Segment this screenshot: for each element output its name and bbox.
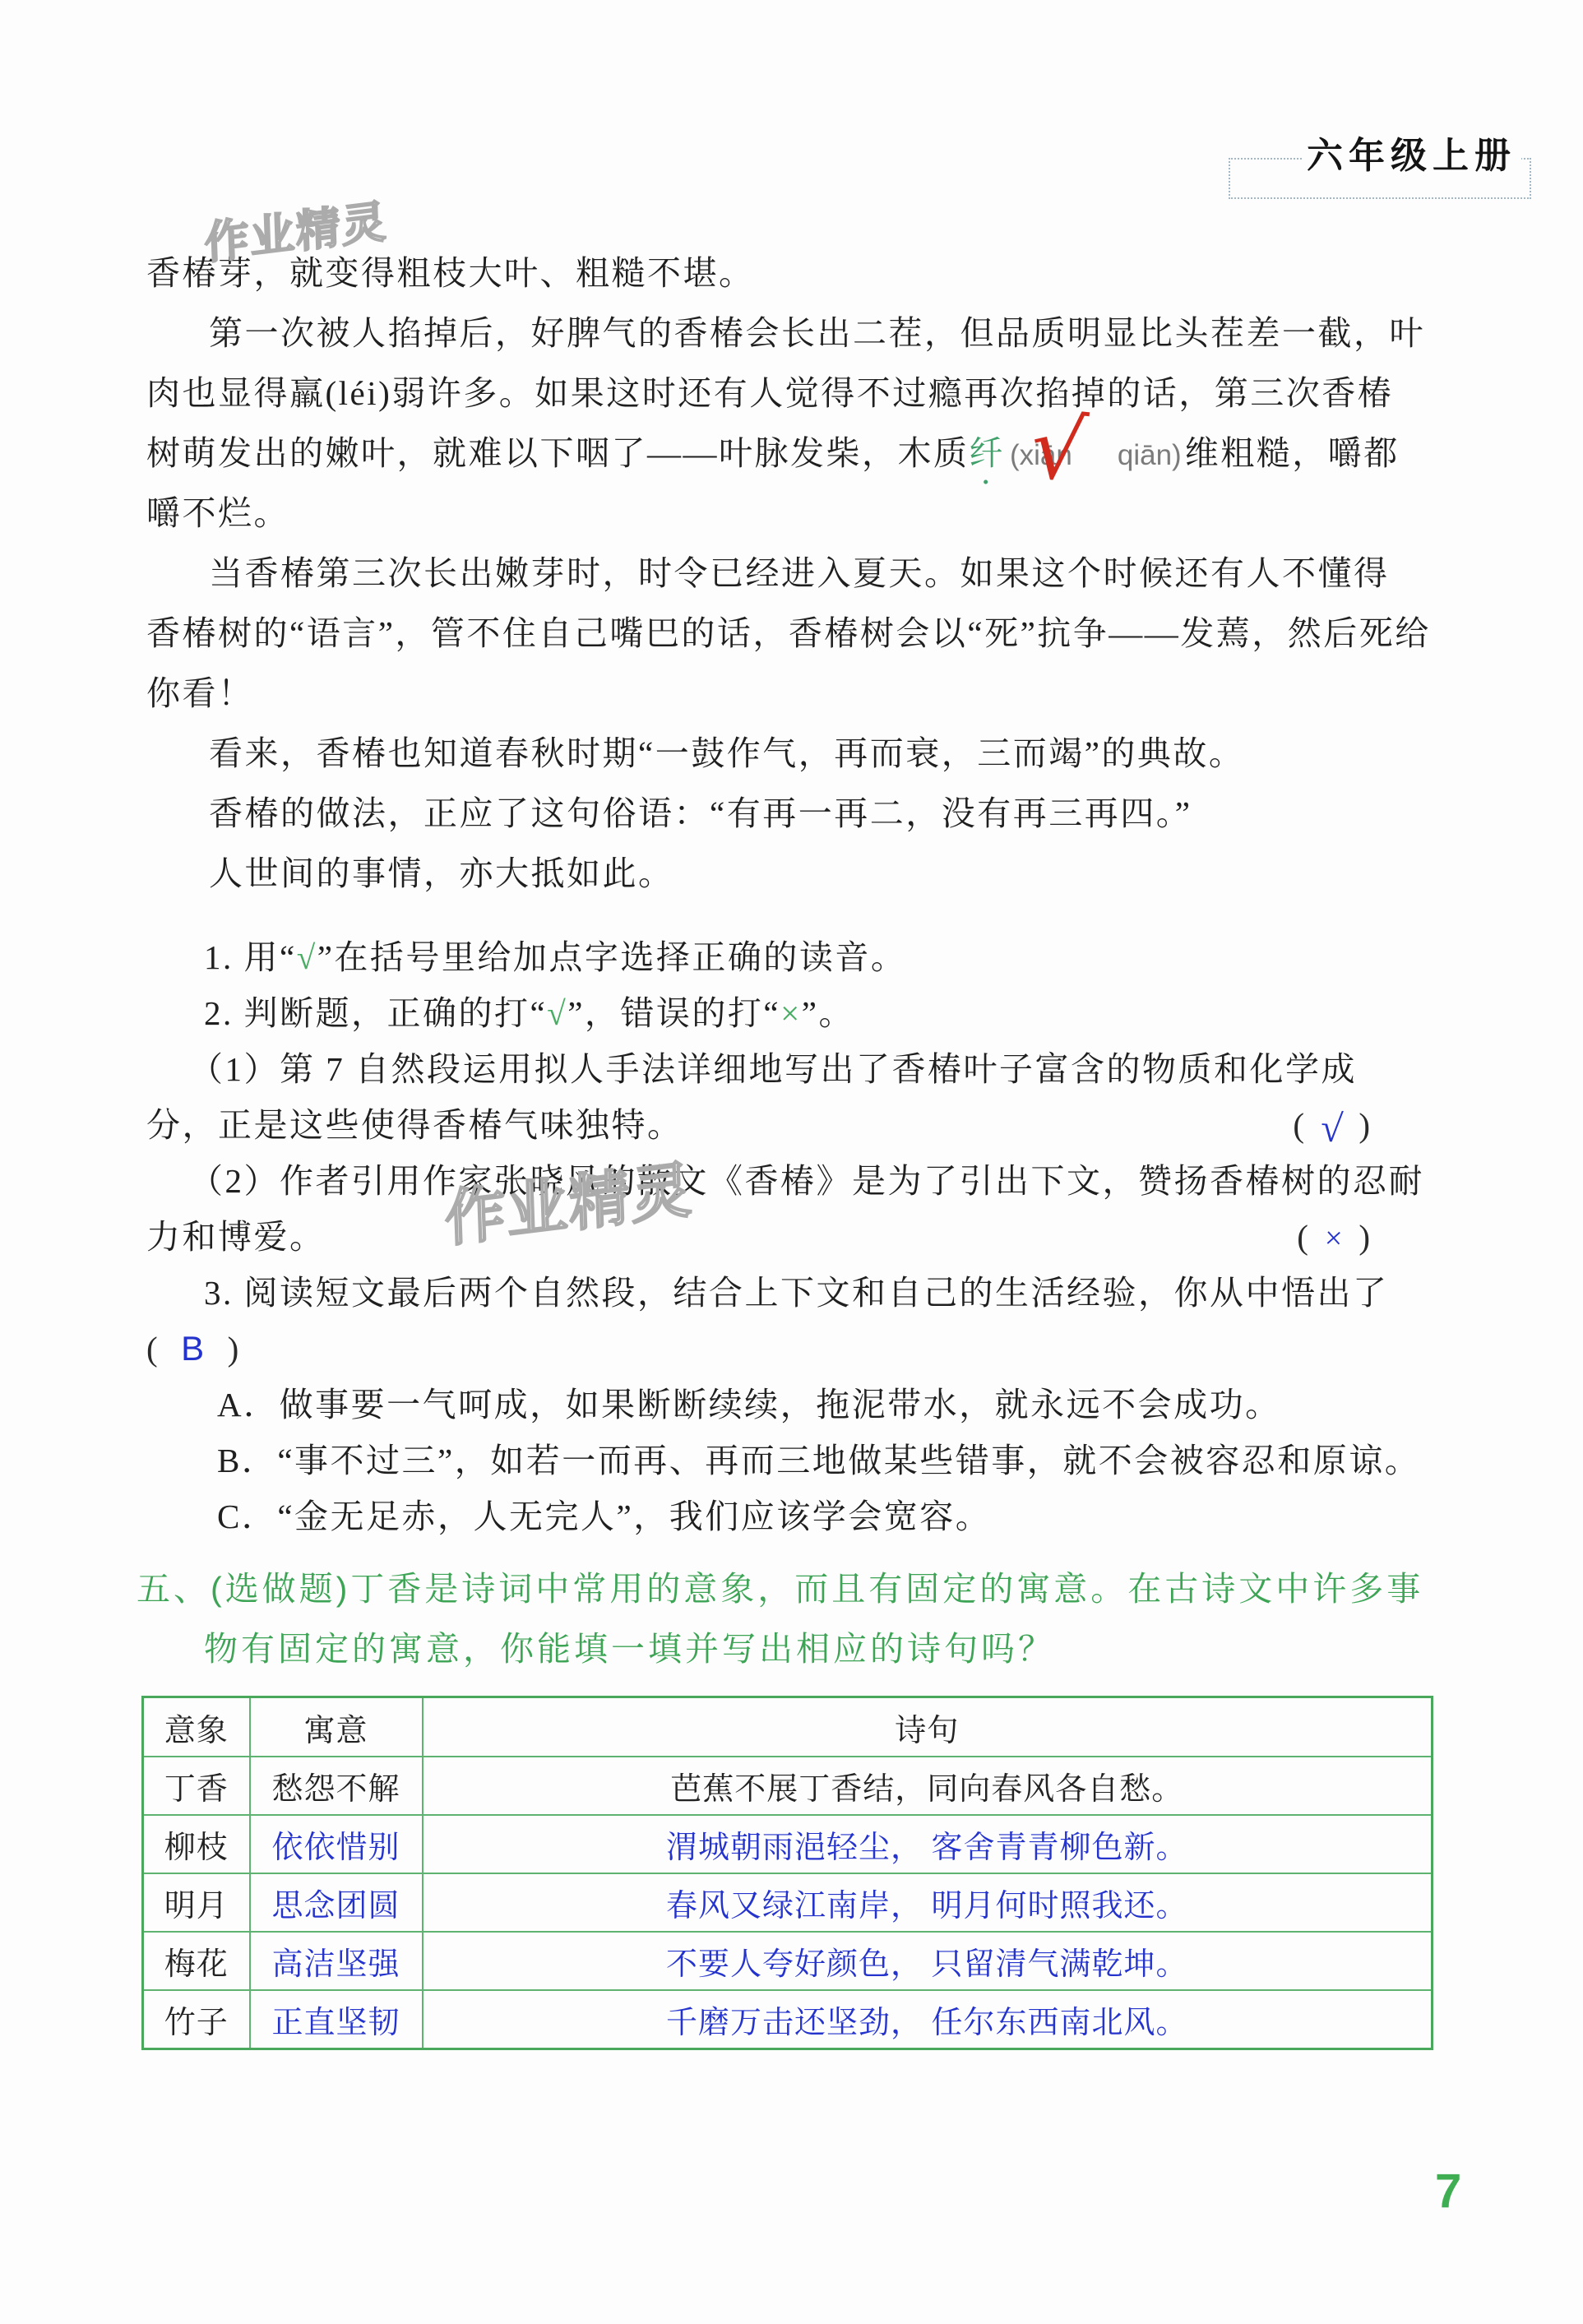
table-row: 明月 思念团圆 春风又绿江南岸， 明月何时照我还。 [143,1873,1433,1932]
passage-line: 当香椿第三次长出嫩芽时，时令已经进入夏天。如果这个时候还有人不懂得 [146,544,1434,604]
true-false-answer-slot: (×) [1280,1209,1386,1266]
question-text: ”在括号里给加点字选择正确的读音。 [317,938,907,976]
paren-close: ) [1342,1218,1386,1256]
passage-text: 香椿芽，就变得粗枝大叶、粗糙不堪。 [146,254,755,292]
passage-text: 第一次被人掐掉后，好脾气的香椿会长出二茬，但品质明显比头茬差一截，叶 [209,314,1425,352]
imagery-cell: 竹子 [143,1990,250,2049]
passage-line: 你看！ [146,664,1434,724]
table-row: 丁香 愁怨不解 芭蕉不展丁香结，同向春风各自愁。 [143,1757,1433,1815]
question-3: 3. 阅读短文最后两个自然段，结合上下文和自己的生活经验，你从中悟出了 [146,1265,1434,1321]
grade-header-box: 六年级上册 [1229,158,1531,199]
option-b: B．“事不过三”，如若一而再、再而三地做某些错事，就不会被容忍和原谅。 [146,1433,1434,1488]
passage-line: 人世间的事情，亦大抵如此。 [146,844,1434,904]
verse-answer-cell: 渭城朝雨浥轻尘， 客舍青青柳色新。 [423,1815,1433,1873]
question-2-item-2-end: 力和博爱。 (×) [146,1209,1434,1265]
passage-line: 肉也显得羸(léi)弱许多。如果这时还有人觉得不过瘾再次掐掉的话，第三次香椿 [146,363,1434,424]
passage-text: 香椿的做法，正应了这句俗语：“有再一再二，没有再三再四。” [209,794,1192,832]
imagery-cell: 柳枝 [143,1815,250,1873]
printed-check-icon: √ [297,938,317,976]
verse-answer-cell: 不要人夸好颜色， 只留清气满乾坤。 [423,1932,1433,1990]
table-row: 竹子 正直坚韧 千磨万击还坚劲， 任尔东西南北风。 [143,1990,1433,2049]
printed-cross-icon: × [780,994,802,1032]
header-imagery: 意象 [143,1697,250,1757]
question-text: （2）作者引用作家张晓风的散文《香椿》是为了引出下文，赞扬香椿树的忍耐 [189,1162,1424,1200]
question-text: 3. 阅读短文最后两个自然段，结合上下文和自己的生活经验，你从中悟出了 [204,1274,1389,1312]
passage-text: 香椿树的“语言”，管不住自己嘴巴的话，香椿树会以“死”抗争——发蔫，然后死给 [146,614,1431,652]
printed-check-icon: √ [547,994,567,1032]
page-title: 六年级上册 [1302,138,1521,174]
passage-text: 维粗糙，嚼都 [1185,434,1400,472]
imagery-cell: 丁香 [143,1757,250,1815]
meaning-cell: 愁怨不解 [250,1757,423,1815]
handwritten-choice-answer: B [181,1329,206,1368]
pinyin-option-2: qiān) [1118,439,1182,471]
table-row: 梅花 高洁坚强 不要人夸好颜色， 只留清气满乾坤。 [143,1932,1433,1990]
paren-close: ) [206,1330,241,1368]
passage-text: 肉也显得羸(léi)弱许多。如果这时还有人觉得不过瘾再次掐掉的话，第三次香椿 [146,374,1393,412]
handwritten-check-answer: √ [1319,1100,1345,1158]
option-text: C．“金无足赤，人无完人”，我们应该学会宽容。 [217,1498,991,1535]
passage-text: 当香椿第三次长出嫩芽时，时令已经进入夏天。如果这个时候还有人不懂得 [209,554,1390,592]
option-text: B．“事不过三”，如若一而再、再而三地做某些错事，就不会被容忍和原谅。 [217,1442,1420,1479]
imagery-table: 意象 寓意 诗句 丁香 愁怨不解 芭蕉不展丁香结，同向春风各自愁。 柳枝 依依惜… [141,1696,1433,2050]
table-row: 柳枝 依依惜别 渭城朝雨浥轻尘， 客舍青青柳色新。 [143,1815,1433,1873]
passage-line: 香椿树的“语言”，管不住自己嘴巴的话，香椿树会以“死”抗争——发蔫，然后死给 [146,604,1434,664]
workbook-page: 六年级上册 作业精灵 作业精灵 香椿芽，就变得粗枝大叶、粗糙不堪。 第一次被人掐… [0,0,1583,2324]
section5-text: 物有固定的寓意，你能填一填并写出相应的诗句吗？ [204,1630,1055,1668]
question-text: 2. 判断题，正确的打“ [204,994,547,1032]
meaning-answer-cell: 正直坚韧 [250,1990,423,2049]
paren-open: ( [146,1330,181,1368]
passage-text: 看来，香椿也知道春秋时期“一鼓作气，再而衰，三而竭”的典故。 [209,734,1244,772]
passage-line: 第一次被人掐掉后，好脾气的香椿会长出二茬，但品质明显比头茬差一截，叶 [146,303,1434,363]
section5-line: 物有固定的寓意，你能填一填并写出相应的诗句吗？ [137,1619,1444,1679]
section5-text: 五、(选做题)丁香是诗词中常用的意象，而且有固定的寓意。在古诗文中许多事 [137,1570,1423,1608]
question-2-item-2: （2）作者引用作家张晓风的散文《香椿》是为了引出下文，赞扬香椿树的忍耐 [146,1153,1434,1209]
red-checkmark: √ [1027,404,1090,494]
question-text: 力和博爱。 [146,1218,326,1256]
passage-line: 香椿芽，就变得粗枝大叶、粗糙不堪。 [146,243,1434,303]
option-c: C．“金无足赤，人无完人”，我们应该学会宽容。 [146,1488,1434,1544]
verse-answer-cell: 春风又绿江南岸， 明月何时照我还。 [423,1873,1433,1932]
paren-open: ( [1280,1218,1325,1256]
question-2: 2. 判断题，正确的打“√”，错误的打“×”。 [146,985,1434,1041]
verse-cell: 芭蕉不展丁香结，同向春风各自愁。 [423,1757,1433,1815]
passage-line: 香椿的做法，正应了这句俗语：“有再一再二，没有再三再四。” [146,784,1434,844]
reading-passage: 香椿芽，就变得粗枝大叶、粗糙不堪。 第一次被人掐掉后，好脾气的香椿会长出二茬，但… [146,243,1434,904]
meaning-answer-cell: 高洁坚强 [250,1932,423,1990]
handwritten-cross-answer: × [1323,1210,1344,1266]
page-number: 7 [1435,2168,1461,2215]
question-2-item-1-end: 分，正是这些使得香椿气味独特。 (√) [146,1097,1434,1153]
dotted-character: 纤 [970,434,1006,472]
paren-open: ( [1276,1106,1321,1144]
passage-line: 嚼不烂。 [146,484,1434,544]
option-text: A．做事要一气呵成，如果断断续续，拖泥带水，就永远不会成功。 [217,1386,1281,1424]
verse-answer-cell: 千磨万击还坚劲， 任尔东西南北风。 [423,1990,1433,2049]
option-a: A．做事要一气呵成，如果断断续续，拖泥带水，就永远不会成功。 [146,1377,1434,1433]
meaning-answer-cell: 思念团圆 [250,1873,423,1932]
questions-section: 1. 用“√”在括号里给加点字选择正确的读音。 2. 判断题，正确的打“√”，错… [146,929,1434,1544]
passage-text: 人世间的事情，亦大抵如此。 [209,854,674,892]
section5-line: 五、(选做题)丁香是诗词中常用的意象，而且有固定的寓意。在古诗文中许多事 [137,1559,1444,1619]
header-meaning: 寓意 [250,1697,423,1757]
question-1: 1. 用“√”在括号里给加点字选择正确的读音。 [146,929,1434,985]
paren-close: ) [1342,1106,1386,1144]
question-text: 1. 用“ [204,938,297,976]
question-2-item-1: （1）第 7 自然段运用拟人手法详细地写出了香椿叶子富含的物质和化学成 [146,1041,1434,1097]
question-3-answer-slot: (B) [146,1321,1434,1377]
question-text: （1）第 7 自然段运用拟人手法详细地写出了香椿叶子富含的物质和化学成 [189,1050,1357,1088]
header-verse: 诗句 [423,1697,1433,1757]
pinyin-choice-line: 树萌发出的嫩叶，就难以下咽了——叶脉发柴，木质纤(xiān√qiān)维粗糙，嚼… [146,424,1434,484]
pinyin-option-1: (xiān√ [1010,439,1072,471]
meaning-answer-cell: 依依惜别 [250,1815,423,1873]
question-text: 分，正是这些使得香椿气味独特。 [146,1106,683,1144]
passage-line: 看来，香椿也知道春秋时期“一鼓作气，再而衰，三而竭”的典故。 [146,724,1434,784]
imagery-cell: 明月 [143,1873,250,1932]
passage-text: 你看！ [146,674,254,712]
table-header-row: 意象 寓意 诗句 [143,1697,1433,1757]
question-text: ”，错误的打“ [567,994,780,1032]
passage-text: 嚼不烂。 [146,494,289,532]
passage-text: 树萌发出的嫩叶，就难以下咽了——叶脉发柴，木质 [146,434,970,472]
question-text: ”。 [802,994,854,1032]
imagery-cell: 梅花 [143,1932,250,1990]
true-false-answer-slot: (√) [1276,1097,1386,1157]
optional-question-section: 五、(选做题)丁香是诗词中常用的意象，而且有固定的寓意。在古诗文中许多事 物有固… [137,1559,1444,1679]
